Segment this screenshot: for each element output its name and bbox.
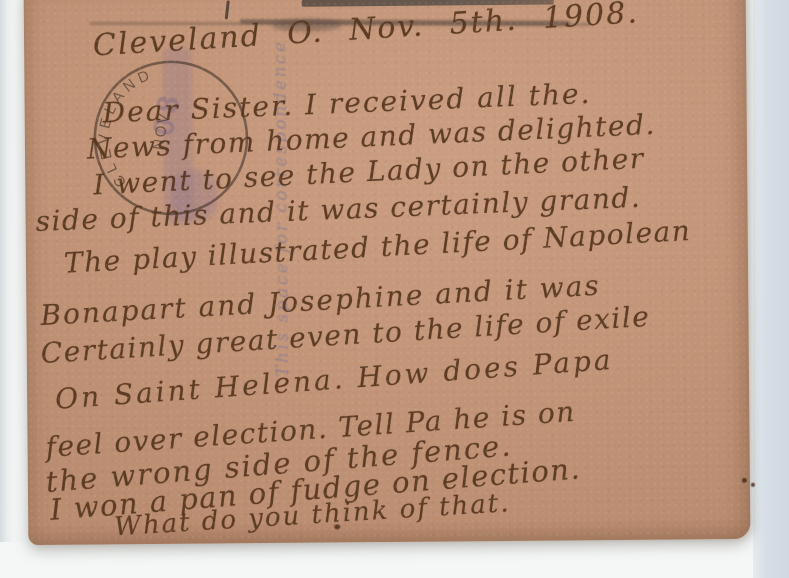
ink-blot (742, 478, 747, 483)
ink-blot (334, 524, 340, 529)
postcard-paper: 08 CLEVELAND NOV This space for correspo… (24, 0, 751, 545)
ink-blot (751, 483, 755, 487)
photo-bottom-margin (0, 542, 789, 578)
photo-left-margin (0, 0, 14, 578)
postcard-photo: 08 CLEVELAND NOV This space for correspo… (0, 0, 789, 578)
photo-right-margin (753, 0, 789, 578)
